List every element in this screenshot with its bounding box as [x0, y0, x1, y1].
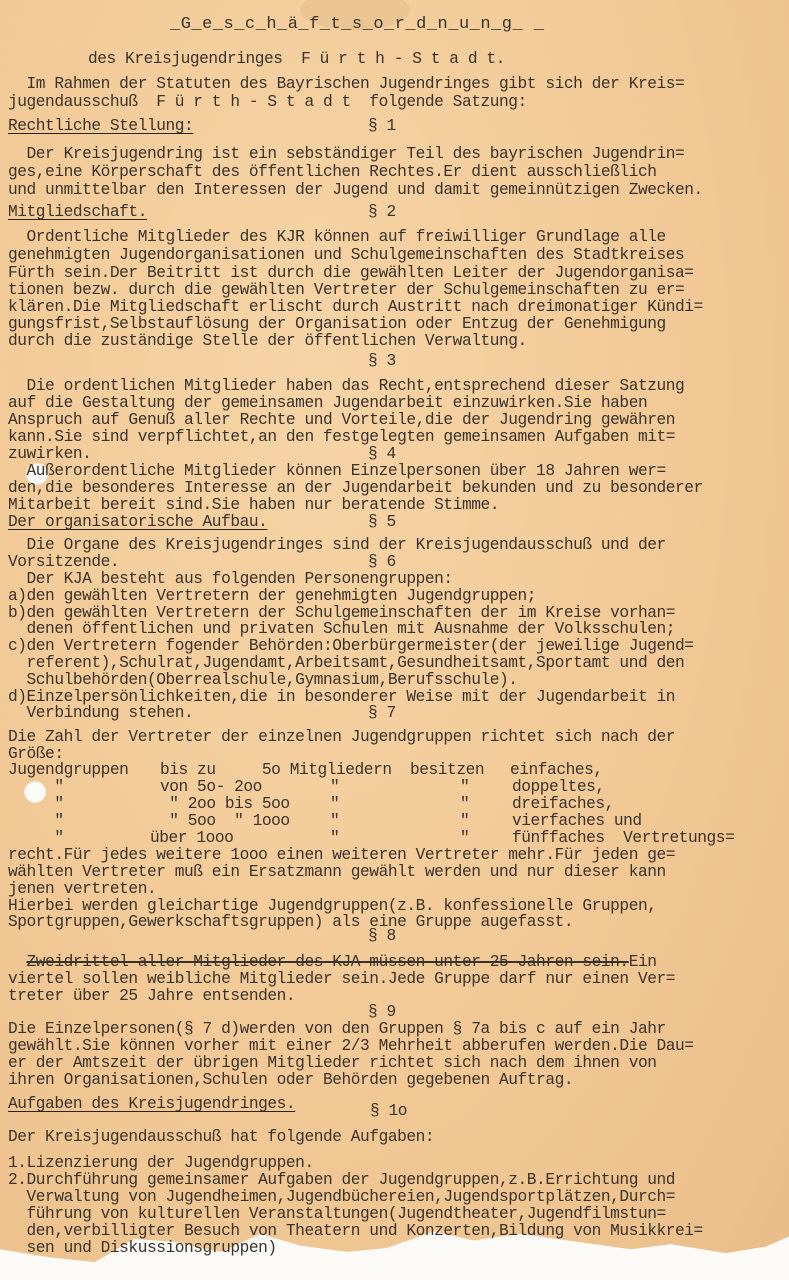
text-line: Anspruch auf Genuß aller Rechte und Vort… [8, 411, 675, 429]
table-cell: " [330, 778, 339, 796]
list-item-2-cont: sen und Diskussionsgruppen) [8, 1239, 277, 1257]
text-line: Sportgruppen,Gewerkschaftsgruppen) als e… [8, 913, 573, 931]
text-line: tionen bezw. durch die gewählten Vertret… [8, 281, 684, 299]
section-heading-mitgliedschaft: Mitgliedschaft. [8, 203, 147, 221]
text-line: wählten Vertreter muß ein Ersatzmann gew… [8, 863, 666, 881]
text-line: den,die besonderes Interesse an der Juge… [8, 479, 703, 497]
table-cell: " [330, 829, 339, 847]
text-line: Die Zahl der Vertreter der einzelnen Jug… [8, 728, 675, 746]
table-cell: " [8, 812, 64, 830]
text-line: kann.Sie sind verpflichtet,an den festge… [8, 428, 675, 446]
list-item-a: a)den gewählten Vertretern der genehmigt… [8, 587, 536, 605]
text-line: jenen vertreten. [8, 880, 156, 898]
text-line: Vorsitzende. [8, 553, 119, 571]
text-line: Fürth sein.Der Beitritt ist durch die ge… [8, 264, 694, 282]
text-line: er der Amtszeit der übrigen Mitglieder r… [8, 1054, 657, 1072]
text-line: Ordentliche Mitglieder des KJR können au… [8, 228, 666, 246]
text-line-struck: Zweidrittel aller Mitglieder des KJA müs… [8, 953, 657, 971]
section-heading-aufgaben: Aufgaben des Kreisjugendringes. [8, 1095, 295, 1113]
section-number-9: § 9 [368, 1003, 396, 1021]
text-line: genehmigten Jugendorganisationen und Sch… [8, 246, 684, 264]
text-line: gewählt.Sie können vorher mit einer 2/3 … [8, 1037, 694, 1055]
intro-line: jugendausschuß F ü r t h - S t a d t fol… [8, 93, 527, 111]
document-subtitle: des Kreisjugendringes F ü r t h - S t a … [88, 50, 505, 68]
text-line: klären.Die Mitgliedschaft erlischt durch… [8, 298, 703, 316]
table-cell: doppeltes, [512, 778, 605, 796]
text-line: Die Organe des Kreisjugendringes sind de… [8, 536, 666, 554]
text-line: Die Einzelpersonen(§ 7 d)werden von den … [8, 1020, 666, 1038]
text-line: ges,eine Körperschaft des öffentlichen R… [8, 163, 657, 181]
text-line: Der KJA besteht aus folgenden Personengr… [8, 570, 453, 588]
text-line: Der Kreisjugendring ist ein sebständiger… [8, 145, 684, 163]
section-number-4: § 4 [368, 445, 396, 463]
list-item-b-cont: denen öffentlichen und privaten Schulen … [8, 620, 675, 638]
table-cell: " [460, 829, 469, 847]
section-number-2: § 2 [368, 203, 396, 221]
table-cell: " 2oo bis 5oo [160, 795, 290, 813]
text-fragment: Ein [629, 953, 657, 971]
table-cell: besitzen [410, 761, 484, 779]
table-cell: " [460, 778, 469, 796]
text-line: Mitarbeit bereit sind.Sie haben nur bera… [8, 496, 499, 514]
table-cell: " [8, 795, 64, 813]
document-title: _G_e_s_c_h_ä_f_t_s_o_r_d_n_u_n_g_ _ [170, 16, 545, 34]
text-line: durch die zuständige Stelle der öffentli… [8, 332, 527, 350]
text-line: recht.Für jedes weitere 1ooo einen weite… [8, 846, 675, 864]
section-number-5: § 5 [368, 513, 396, 531]
table-cell: " [330, 795, 339, 813]
table-cell: " [460, 812, 469, 830]
table-cell: Jugendgruppen [8, 761, 128, 779]
table-cell: über 1ooo [150, 829, 233, 847]
table-cell: " [330, 812, 339, 830]
struck-text: Zweidrittel aller Mitglieder des KJA müs… [27, 953, 629, 971]
text-line: zuwirken. [8, 445, 91, 463]
section-number-8: § 8 [368, 927, 396, 945]
section-number-3: § 3 [368, 352, 396, 370]
section-number-6: § 6 [368, 553, 396, 571]
text-line: gungsfrist,Selbstauflösung der Organisat… [8, 315, 666, 333]
table-cell: dreifaches, [512, 795, 614, 813]
table-cell: " [460, 795, 469, 813]
list-item-c-cont: Schulbehörden(Oberrealschule,Gymnasium,B… [8, 671, 518, 689]
list-item-1: 1.Lizenzierung der Jugendgruppen. [8, 1154, 314, 1172]
table-cell: vierfaches und [512, 812, 642, 830]
section-heading-rechtliche-stellung: Rechtliche Stellung: [8, 117, 193, 135]
table-cell: bis zu 5o Mitgliedern [160, 761, 392, 779]
section-number-7: § 7 [368, 704, 396, 722]
section-number-10: § 1o [370, 1102, 407, 1120]
table-cell: " [8, 778, 64, 796]
table-cell: von 5o- 2oo [160, 778, 262, 796]
text-line: Die ordentlichen Mitglieder haben das Re… [8, 377, 684, 395]
section-number-1: § 1 [368, 117, 396, 135]
table-cell: " [8, 829, 64, 847]
list-item-c: c)den Vertretern fogender Behörden:Oberb… [8, 637, 694, 655]
section-heading-organisatorischer-aufbau: Der organisatorische Aufbau. [8, 513, 267, 531]
text-line: treter über 25 Jahre entsenden. [8, 987, 295, 1005]
intro-line: Im Rahmen der Statuten des Bayrischen Ju… [8, 75, 684, 93]
text-line: ihren Organisationen,Schulen oder Behörd… [8, 1071, 573, 1089]
list-item-2-cont: führung von kulturellen Veranstaltungen(… [8, 1205, 666, 1223]
text-line: und unmittelbar den Interessen der Jugen… [8, 181, 703, 199]
table-cell: " 5oo " 1ooo [160, 812, 290, 830]
text-line: Der Kreisjugendausschuß hat folgende Auf… [8, 1128, 434, 1146]
list-item-2-cont: den,verbilligter Besuch von Theatern und… [8, 1222, 703, 1240]
list-item-2: 2.Durchführung gemeinsamer Aufgaben der … [8, 1171, 675, 1189]
list-item-2-cont: Verwaltung von Jugendheimen,Jugendbücher… [8, 1188, 675, 1206]
table-cell: fünffaches Vertretungs= [512, 829, 734, 847]
text-line: viertel sollen weibliche Mitglieder sein… [8, 970, 675, 988]
text-line: auf die Gestaltung der gemeinsamen Jugen… [8, 394, 647, 412]
table-cell: einfaches, [510, 761, 603, 779]
text-line: Außerordentliche Mitglieder können Einze… [8, 462, 666, 480]
list-item-d-cont: Verbindung stehen. [8, 704, 193, 722]
list-item-c-cont: referent),Schulrat,Jugendamt,Arbeitsamt,… [8, 654, 684, 672]
